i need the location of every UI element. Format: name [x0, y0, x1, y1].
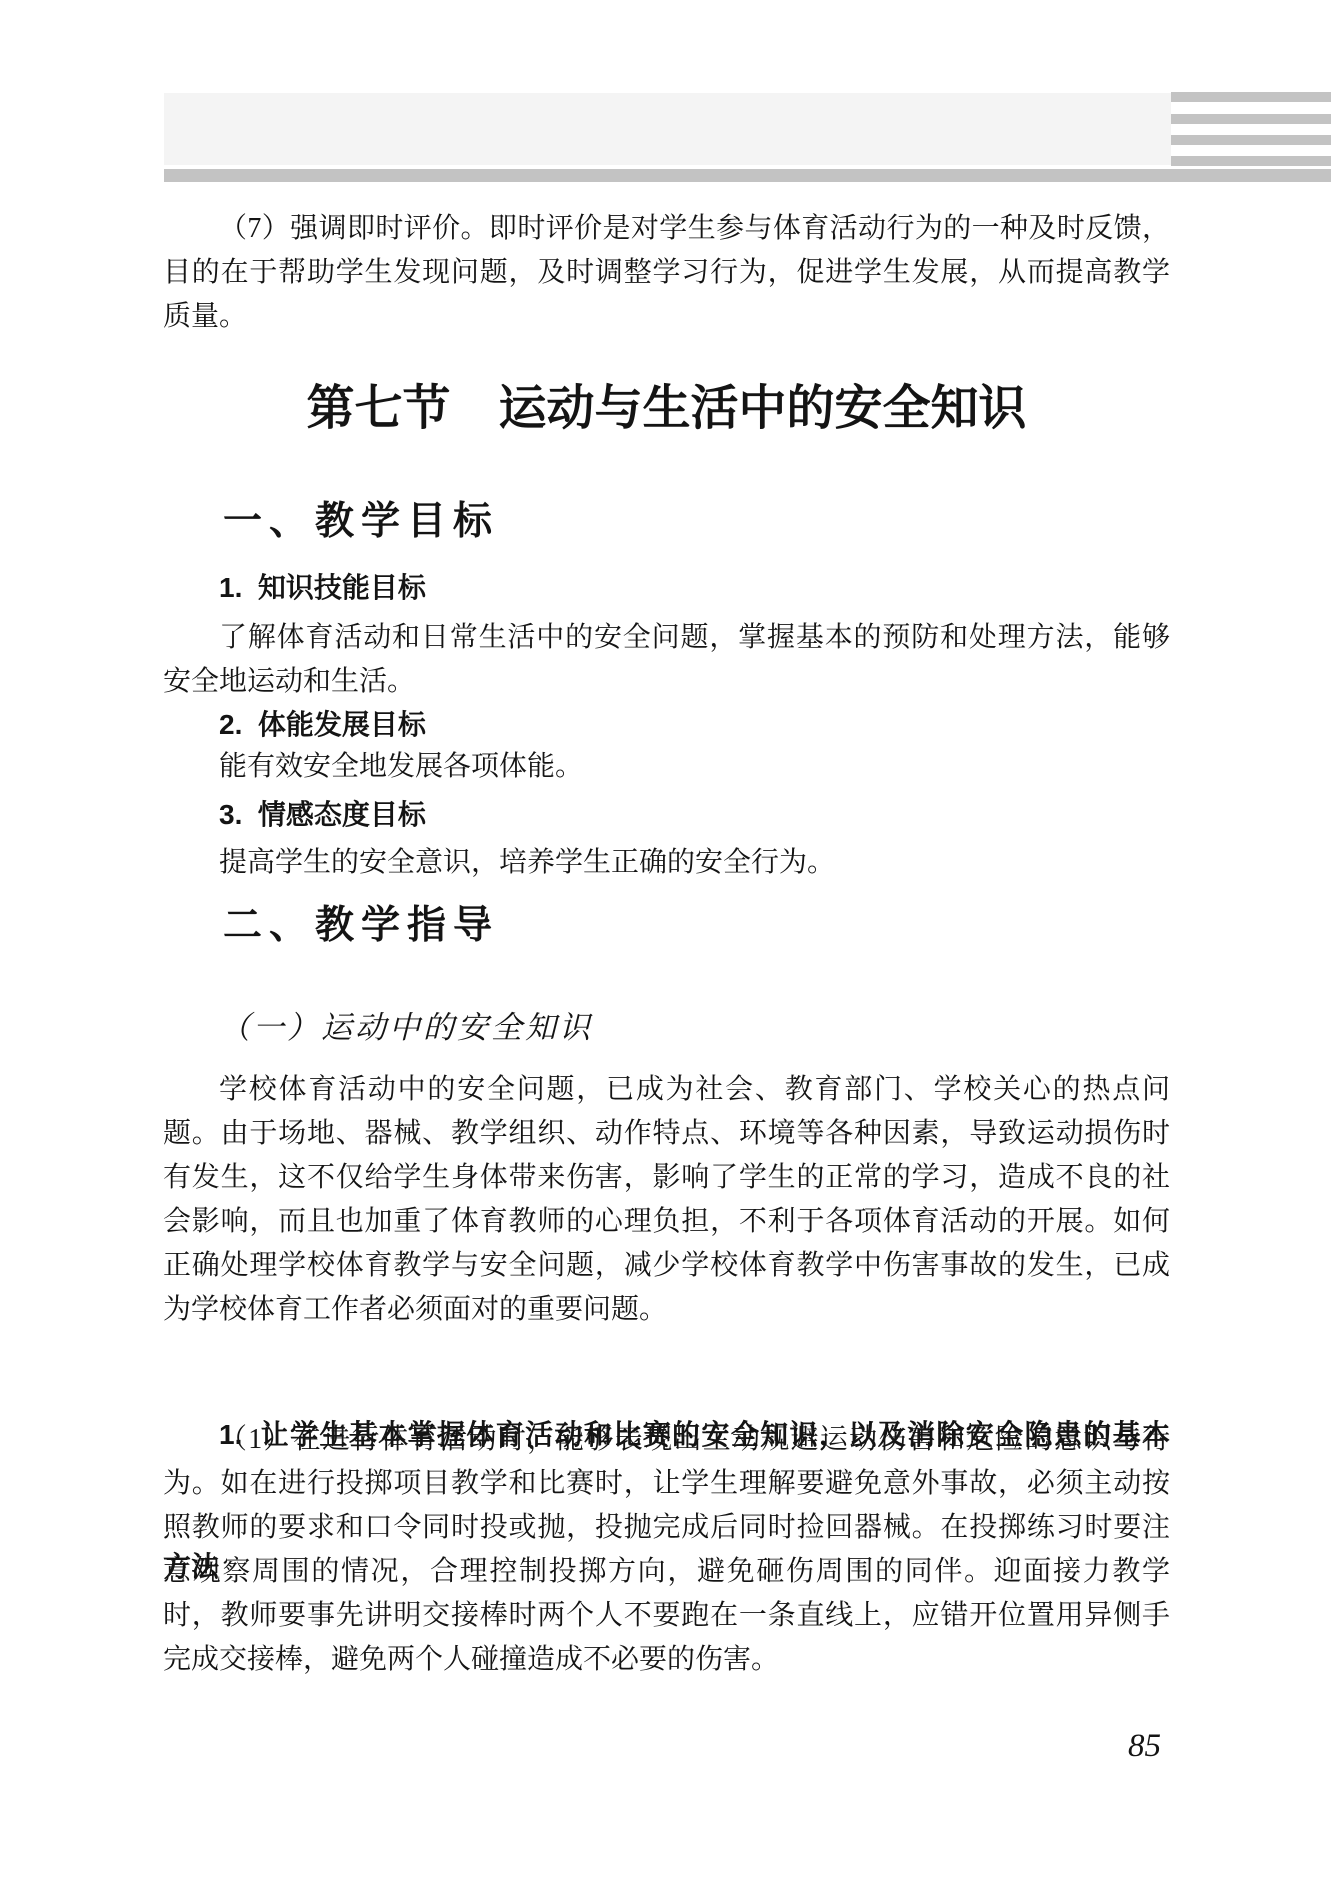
text-line: 题。由于场地、器械、教学组织、动作特点、环境等各种因素，导致运动损伤时	[163, 1112, 1170, 1156]
text-line: 正确处理学校体育教学与安全问题，减少学校体育教学中伤害事故的发生，已成	[163, 1244, 1170, 1288]
paragraph-action: （1）在进行体育活动时，能够表现出主动规避运动伤害和危险的意识与行 为。如在进行…	[163, 1418, 1170, 1682]
text-line: 学校体育活动中的安全问题，已成为社会、教育部门、学校关心的热点问	[163, 1068, 1170, 1112]
subheading-attitude-goal: 3. 情感态度目标	[163, 793, 1170, 837]
header-band	[164, 93, 1171, 165]
paragraph-fitness-goal: 能有效安全地发展各项体能。	[163, 745, 1170, 789]
paragraph-attitude-goal: 提高学生的安全意识，培养学生正确的安全行为。	[163, 841, 1170, 885]
paragraph-knowledge-goal: 了解体育活动和日常生活中的安全问题，掌握基本的预防和处理方法，能够 安全地运动和…	[163, 616, 1170, 704]
chapter-title: 第七节 运动与生活中的安全知识	[163, 383, 1170, 435]
paragraph-school-safety: 学校体育活动中的安全问题，已成为社会、教育部门、学校关心的热点问 题。由于场地、…	[163, 1068, 1170, 1332]
subheading-sport-safety: （一）运动中的安全知识	[163, 1006, 1170, 1050]
book-page: （7）强调即时评价。即时评价是对学生参与体育活动行为的一种及时反馈， 目的在于帮…	[0, 0, 1331, 1884]
text-line: 质量。	[163, 295, 1170, 339]
subheading-knowledge-goal: 1. 知识技能目标	[163, 566, 1170, 610]
text-line: 为。如在进行投掷项目教学和比赛时，让学生理解要避免意外事故，必须主动按	[163, 1462, 1170, 1506]
section-heading-guidance: 二、教学指导	[163, 905, 1170, 947]
text-line: 有发生，这不仅给学生身体带来伤害，影响了学生的正常的学习，造成不良的社	[163, 1156, 1170, 1200]
header-stripe-4	[1171, 156, 1331, 166]
header-rule	[164, 169, 1331, 182]
text-line: 会影响，而且也加重了体育教师的心理负担，不利于各项体育活动的开展。如何	[163, 1200, 1170, 1244]
header-stripe-1	[1171, 92, 1331, 102]
header-stripe-3	[1171, 135, 1331, 145]
text-line: 安全地运动和生活。	[163, 660, 1170, 704]
header-stripe-2	[1171, 114, 1331, 124]
text-line: 时，教师要事先讲明交接棒时两个人不要跑在一条直线上，应错开位置用异侧手	[163, 1594, 1170, 1638]
subheading-fitness-goal: 2. 体能发展目标	[163, 703, 1170, 747]
text-line: （7）强调即时评价。即时评价是对学生参与体育活动行为的一种及时反馈，	[163, 207, 1170, 251]
text-line: 能有效安全地发展各项体能。	[163, 745, 1170, 789]
text-line: 了解体育活动和日常生活中的安全问题，掌握基本的预防和处理方法，能够	[163, 616, 1170, 660]
text-line: 目的在于帮助学生发现问题，及时调整学习行为，促进学生发展，从而提高教学	[163, 251, 1170, 295]
text-line: 完成交接棒，避免两个人碰撞造成不必要的伤害。	[163, 1638, 1170, 1682]
text-line: 意观察周围的情况，合理控制投掷方向，避免砸伤周围的同伴。迎面接力教学	[163, 1550, 1170, 1594]
text-line: （1）在进行体育活动时，能够表现出主动规避运动伤害和危险的意识与行	[163, 1418, 1170, 1462]
text-line: 提高学生的安全意识，培养学生正确的安全行为。	[163, 841, 1170, 885]
paragraph-intro: （7）强调即时评价。即时评价是对学生参与体育活动行为的一种及时反馈， 目的在于帮…	[163, 207, 1170, 339]
page-number: 85	[1128, 1727, 1161, 1765]
text-line: 照教师的要求和口令同时投或抛，投抛完成后同时捡回器械。在投掷练习时要注	[163, 1506, 1170, 1550]
section-heading-goals: 一、教学目标	[163, 501, 1170, 543]
